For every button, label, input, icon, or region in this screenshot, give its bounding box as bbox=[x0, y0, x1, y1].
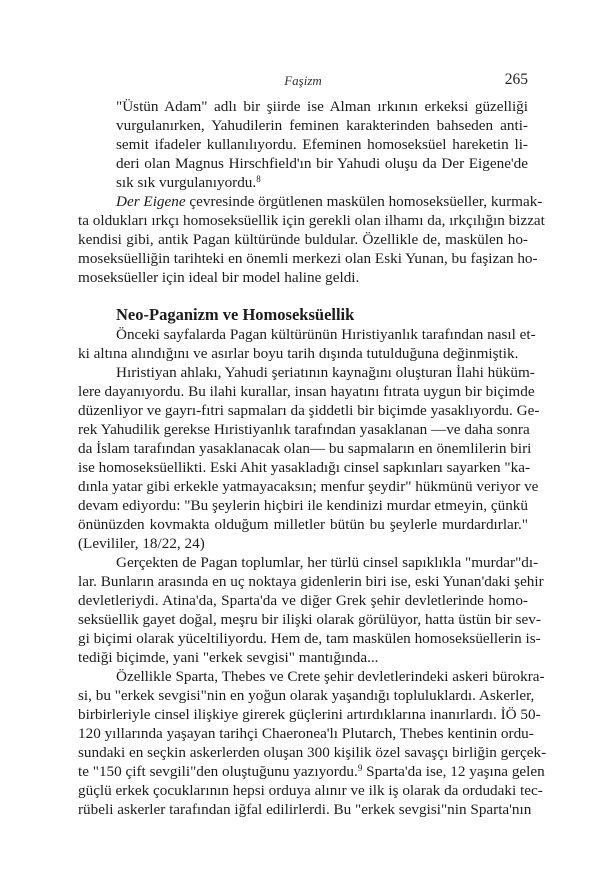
text-line: gi biçimi olarak yüceltiliyordu. Hem de,… bbox=[78, 629, 528, 648]
text-line: da İslam tarafından yasaklanacak olan— b… bbox=[78, 439, 528, 458]
text-line: Der Eigene çevresinde örgütlenen masküle… bbox=[78, 192, 528, 211]
text-line: sundaki en seçkin askerlerden oluşan 300… bbox=[78, 743, 528, 762]
text-line: devletleriydi. Atina'da, Sparta'da ve di… bbox=[78, 591, 528, 610]
text-line: lere dayanıyordu. Bu ilahi kurallar, ins… bbox=[78, 382, 528, 401]
book-page: Faşizm 265 "Üstün Adam" adlı bir şiirde … bbox=[0, 0, 604, 888]
body-text: "Üstün Adam" adlı bir şiirde ise Alman ı… bbox=[78, 97, 528, 819]
text-line: deri olan Magnus Hirschfield'ın bir Yahu… bbox=[116, 154, 528, 173]
text-line: seksüellik gayet doğal, meşru bir ilişki… bbox=[78, 610, 528, 629]
text-line: Gerçekten de Pagan toplumlar, her türlü … bbox=[78, 553, 528, 572]
paragraph: Hıristiyan ahlakı, Yahudi şeriatının kay… bbox=[78, 363, 528, 553]
block-quote: "Üstün Adam" adlı bir şiirde ise Alman ı… bbox=[78, 97, 528, 192]
text-line: Özellikle Sparta, Thebes ve Crete şehir … bbox=[78, 667, 528, 686]
text-line: Hıristiyan ahlakı, Yahudi şeriatının kay… bbox=[78, 363, 528, 382]
paragraph: Gerçekten de Pagan toplumlar, her türlü … bbox=[78, 553, 528, 667]
running-header: Faşizm 265 bbox=[78, 71, 528, 91]
text-fragment: sık sık vurgulanıyordu. bbox=[116, 174, 256, 191]
footnote-ref-8[interactable]: 8 bbox=[256, 174, 261, 184]
text-line: önünüzden kovmakta olduğum milletler büt… bbox=[78, 515, 528, 534]
paragraph: Önceki sayfalarda Pagan kültürünün Hıris… bbox=[78, 325, 528, 363]
text-line: moseksüeller için ideal bir model haline… bbox=[78, 268, 528, 287]
paragraph: Özellikle Sparta, Thebes ve Crete şehir … bbox=[78, 667, 528, 819]
text-line: moseksüelliğin tarihteki en önemli merke… bbox=[78, 249, 528, 268]
citation-line: (Levililer, 18/22, 24) bbox=[78, 534, 528, 553]
text-line: "Üstün Adam" adlı bir şiirde ise Alman ı… bbox=[116, 97, 528, 116]
text-line: dınla yatar gibi erkekle yatmayacaksın; … bbox=[78, 477, 528, 496]
text-line: düzenliyor ve gayrı-fıtri sapmaları da ş… bbox=[78, 401, 528, 420]
section-heading: Neo-Paganizm ve Homoseksüellik bbox=[78, 305, 528, 325]
text-line: ise homoseksüellikti. Eski Ahit yasaklad… bbox=[78, 458, 528, 477]
text-line: te "150 çift sevgili"den oluştuğunu yazı… bbox=[78, 762, 528, 781]
text-line: kendisi gibi, antik Pagan kültüründe bul… bbox=[78, 230, 528, 249]
paragraph-der-eigene: Der Eigene çevresinde örgütlenen masküle… bbox=[78, 192, 528, 287]
text-fragment: Sparta'da ise, 12 yaşına gelen bbox=[362, 763, 544, 780]
text-line: vurgulanırken, Yahudilerin feminen karak… bbox=[116, 116, 528, 135]
running-title: Faşizm bbox=[78, 73, 528, 89]
text-line: tediği biçimde, yani "erkek sevgisi" man… bbox=[78, 648, 528, 667]
text-line: rübeli askerler tarafından iğfal edilirl… bbox=[78, 800, 528, 819]
text-line: devam ediyordu: "Bu şeylerin hiçbiri ile… bbox=[78, 496, 528, 515]
text-line: güçlü erkek çocuklarının hepsi orduya al… bbox=[78, 781, 528, 800]
text-line: si, bu "erkek sevgisi"nin en yoğun olara… bbox=[78, 686, 528, 705]
text-line: ta oldukları ırkçı homoseksüellik için g… bbox=[78, 211, 528, 230]
text-line: rek Yahudilik gerekse Hıristiyanlık tara… bbox=[78, 420, 528, 439]
text-fragment: te "150 çift sevgili"den oluştuğunu yazı… bbox=[78, 763, 358, 780]
text-line: 120 yıllarında yaşayan tarihçi Chaeronea… bbox=[78, 724, 528, 743]
page-number: 265 bbox=[505, 71, 528, 89]
text-fragment: çevresinde örgütlenen maskülen homoseksü… bbox=[186, 193, 543, 210]
text-line: ki altına alındığını ve asırlar boyu tar… bbox=[78, 344, 528, 363]
text-line: lar. Bunların arasında en uç noktaya gid… bbox=[78, 572, 528, 591]
text-line: semit ifadeler kullanılıyordu. Efeminen … bbox=[116, 135, 528, 154]
italic-title: Der Eigene bbox=[116, 193, 186, 210]
text-line: Önceki sayfalarda Pagan kültürünün Hıris… bbox=[78, 325, 528, 344]
text-line: birbirleriyle cinsel ilişkiye girerek gü… bbox=[78, 705, 528, 724]
text-line: sık sık vurgulanıyordu.8 bbox=[116, 173, 528, 192]
